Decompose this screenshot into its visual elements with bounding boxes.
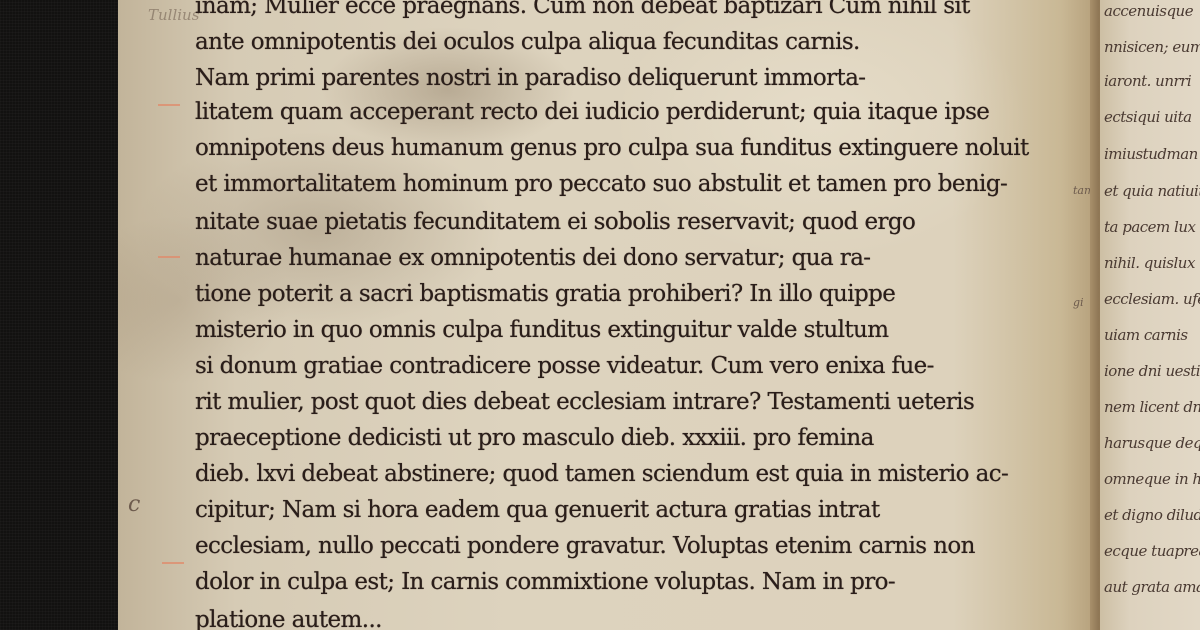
text-line: et immortalitatem hominum pro peccato su… bbox=[195, 168, 1007, 200]
text-line: rit mulier, post quot dies debeat eccles… bbox=[195, 386, 974, 418]
text-line: platione autem... bbox=[195, 604, 382, 630]
text-line: tione poterit a sacri baptismatis gratia… bbox=[195, 278, 895, 310]
margin-note-right: gi bbox=[1073, 296, 1084, 309]
text-line: ecclesiam, nullo peccati pondere gravatu… bbox=[195, 530, 975, 562]
facing-text-line: nihil. quislux bbox=[1104, 254, 1195, 272]
text-line: misterio in quo omnis culpa funditus ext… bbox=[195, 314, 888, 346]
facing-text-line: ecque tuaprealz bbox=[1104, 542, 1200, 560]
facing-text-line: uiam carnis bbox=[1104, 326, 1188, 344]
text-line: cipitur; Nam si hora eadem qua genuerit … bbox=[195, 494, 880, 526]
text-line: dolor in culpa est; In carnis commixtion… bbox=[195, 566, 895, 598]
text-line: nitate suae pietatis fecunditatem ei sob… bbox=[195, 206, 915, 238]
facing-text-line: accenuisque bbox=[1104, 2, 1193, 20]
text-line: Nam primi parentes nostri in paradiso de… bbox=[195, 62, 865, 94]
facing-text-line: ta pacem lux bbox=[1104, 218, 1195, 236]
facing-text-line: nnisicen; eum bbox=[1104, 38, 1200, 56]
rubric-mark bbox=[158, 256, 180, 258]
text-line: naturae humanae ex omnipotentis dei dono… bbox=[195, 242, 870, 274]
text-line: inam; Mulier ecce praegnans. Cum non deb… bbox=[195, 0, 970, 22]
text-line: si donum gratiae contradicere posse vide… bbox=[195, 350, 934, 382]
text-line: litatem quam acceperant recto dei iudici… bbox=[195, 96, 989, 128]
facing-text-line: omneque in hac bbox=[1104, 470, 1200, 488]
rubric-mark bbox=[158, 104, 180, 106]
facing-text-line: ecclesiam. uferm bbox=[1104, 290, 1200, 308]
text-line: omnipotens deus humanum genus pro culpa … bbox=[195, 132, 1029, 164]
margin-note-top: Tullius bbox=[148, 6, 199, 24]
facing-text-line: iaront. unrri bbox=[1104, 72, 1191, 90]
rubric-mark bbox=[162, 562, 184, 564]
facing-text-line: imiustudman bbox=[1104, 145, 1198, 163]
facing-text-line: et digno dilud bbox=[1104, 506, 1200, 524]
text-line: dieb. lxvi debeat abstinere; quod tamen … bbox=[195, 458, 1008, 490]
text-line: praeceptione dedicisti ut pro masculo di… bbox=[195, 422, 874, 454]
text-line: ante omnipotentis dei oculos culpa aliqu… bbox=[195, 26, 860, 58]
facing-text-line: aut grata ama bbox=[1104, 578, 1200, 596]
facing-page: accenuisque nnisicen; eum iaront. unrri … bbox=[1100, 0, 1200, 630]
margin-letter-note: c bbox=[128, 492, 140, 517]
facing-text-line: ectsiqui uita bbox=[1104, 108, 1192, 126]
facing-text-line: ione dni uestiam bbox=[1104, 362, 1200, 380]
facing-text-line: harusque dequi bbox=[1104, 434, 1200, 452]
facing-text-line: et quia natiuita bbox=[1104, 182, 1200, 200]
facing-text-line: nem licent dni bbox=[1104, 398, 1200, 416]
book-binding-background bbox=[0, 0, 118, 630]
